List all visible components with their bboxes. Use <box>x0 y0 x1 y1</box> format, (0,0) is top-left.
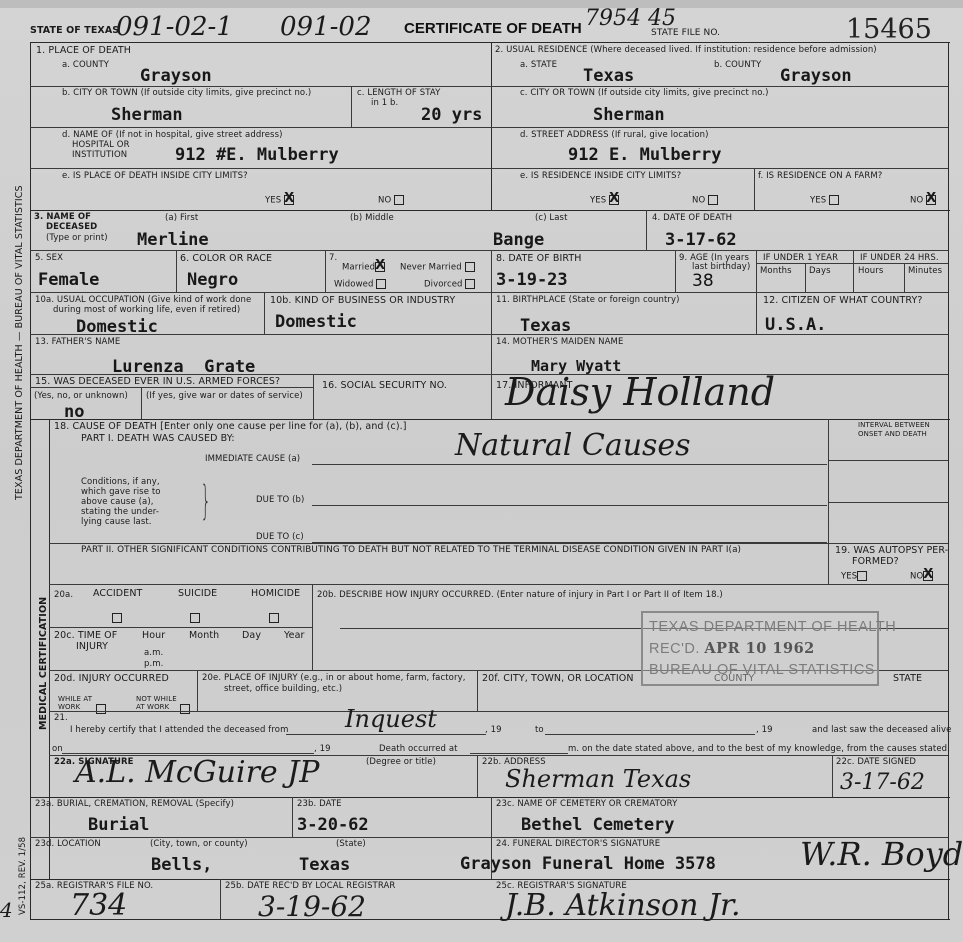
name-label-2: DECEASED <box>46 222 97 232</box>
citizen-label: 12. CITIZEN OF WHAT COUNTRY? <box>763 295 923 306</box>
res-city-label: c. CITY OR TOWN (If outside city limits,… <box>520 88 769 98</box>
cemetery-value: Bethel Cemetery <box>521 815 675 835</box>
director-label: 24. FUNERAL DIRECTOR'S SIGNATURE <box>496 839 660 849</box>
suicide-checkbox[interactable] <box>190 607 200 626</box>
interval-label-1: INTERVAL BETWEEN <box>858 421 930 429</box>
stay-value: 20 yrs <box>421 105 482 125</box>
accident-label: ACCIDENT <box>93 588 142 599</box>
armed-sub-2: (If yes, give war or dates of service) <box>146 391 303 401</box>
dod-label: 4. DATE OF DEATH <box>652 213 732 223</box>
certificate-title: CERTIFICATE OF DEATH <box>404 20 582 37</box>
farm-no-checkbox[interactable] <box>926 195 936 205</box>
res-county-label: b. COUNTY <box>714 60 761 70</box>
received-stamp: TEXAS DEPARTMENT OF HEALTH REC'D. APR 10… <box>641 611 879 686</box>
residence-label: 2. USUAL RESIDENCE (Where deceased lived… <box>495 45 877 55</box>
address-value: Sherman Texas <box>505 765 691 793</box>
margin-mark: 4 <box>0 898 13 922</box>
location-city-value: Bells, <box>151 855 212 875</box>
farm-no[interactable]: NO <box>910 195 936 206</box>
months-label: Months <box>760 266 792 276</box>
under-year-label: IF UNDER 1 YEAR <box>763 253 838 263</box>
cert-line2-d: m. on the date stated above, and to the … <box>568 744 950 754</box>
divider-1-2 <box>491 42 492 210</box>
cert-line1-d: , 19 <box>756 725 773 735</box>
divorced-checkbox[interactable] <box>465 279 475 289</box>
married-checkbox[interactable] <box>375 262 385 272</box>
autopsy-no-checkbox[interactable] <box>923 571 933 581</box>
occupation-label-2: during most of working life, even if ret… <box>53 305 240 315</box>
hospital-label-3: INSTITUTION <box>72 150 127 160</box>
name-label-3: (Type or print) <box>46 233 108 243</box>
marital-divorced[interactable]: Divorced <box>424 279 475 290</box>
accident-checkbox[interactable] <box>112 607 122 626</box>
while-at-work[interactable]: WHILE AT WORK <box>58 695 98 711</box>
res-street-label: d. STREET ADDRESS (If rural, give locati… <box>520 130 709 140</box>
farm-yes[interactable]: YES <box>810 195 839 206</box>
pod-inside-no-checkbox[interactable] <box>394 195 404 205</box>
res-inside-no[interactable]: NO <box>692 195 718 206</box>
res-state-value: Texas <box>583 66 634 86</box>
time-injury-label-2: INJURY <box>76 641 108 652</box>
minutes-label: Minutes <box>908 266 942 276</box>
date-signed-value: 3-17-62 <box>840 770 925 795</box>
cert-num: 21. <box>54 713 68 723</box>
part2-label: PART II. OTHER SIGNIFICANT CONDITIONS CO… <box>81 545 741 555</box>
month-label: Month <box>189 630 219 641</box>
year-label: Year <box>284 630 305 641</box>
location-state-sub: (State) <box>336 839 366 849</box>
conditions-text: Conditions, if any, which gave rise to a… <box>81 477 161 527</box>
business-value: Domestic <box>275 312 357 332</box>
dob-label: 8. DATE OF BIRTH <box>496 253 582 264</box>
days-label: Days <box>809 266 831 276</box>
degree-label: (Degree or title) <box>366 757 436 767</box>
burial-date-value: 3-20-62 <box>297 815 369 835</box>
res-state-label: a. STATE <box>520 60 557 70</box>
marital-never-married[interactable]: Never Married <box>400 262 475 273</box>
father-label: 13. FATHER'S NAME <box>35 337 120 347</box>
place-injury-label-1: 20e. PLACE OF INJURY (e.g., in or about … <box>202 673 466 683</box>
injury-20a-label: 20a. <box>54 590 73 600</box>
ssn-label: 16. SOCIAL SECURITY NO. <box>322 380 447 391</box>
location-label: 23d. LOCATION <box>35 839 101 849</box>
pod-inside-limits-label: e. IS PLACE OF DEATH INSIDE CITY LIMITS? <box>62 171 248 181</box>
pod-city-label: b. CITY OR TOWN (If outside city limits,… <box>62 88 311 98</box>
time-injury-label-1: 20c. TIME OF <box>54 630 117 641</box>
race-value: Negro <box>187 270 238 290</box>
interval-label-2: ONSET AND DEATH <box>858 430 927 438</box>
birthplace-value: Texas <box>520 316 571 336</box>
place-injury-label-2: street, office building, etc.) <box>224 684 342 694</box>
widowed-checkbox[interactable] <box>376 279 386 289</box>
birthplace-label: 11. BIRTHPLACE (State or foreign country… <box>496 295 680 305</box>
due-to-b-label: DUE TO (b) <box>256 495 304 505</box>
last-name-label: (c) Last <box>535 213 568 223</box>
business-label: 10b. KIND OF BUSINESS OR INDUSTRY <box>270 295 455 306</box>
armed-forces-label: 15. WAS DECEASED EVER IN U.S. ARMED FORC… <box>35 376 280 387</box>
sex-value: Female <box>38 270 99 290</box>
pod-inside-yes-checkbox[interactable] <box>284 195 294 205</box>
autopsy-label-1: 19. WAS AUTOPSY PER- <box>835 545 948 556</box>
stamp-line-2: REC'D. APR 10 1962 <box>649 638 871 660</box>
attended-from-value: Inquest <box>345 705 437 733</box>
marital-married[interactable]: Married <box>342 262 385 273</box>
autopsy-no[interactable]: NO <box>910 571 933 582</box>
state-file-number: 15465 <box>846 14 932 45</box>
at-work-checkbox[interactable] <box>96 698 106 717</box>
mother-label: 14. MOTHER'S MAIDEN NAME <box>496 337 623 347</box>
hours-label: Hours <box>858 266 883 276</box>
burial-method-label: 23a. BURIAL, CREMATION, REMOVAL (Specify… <box>35 799 234 809</box>
cemetery-label: 23c. NAME OF CEMETERY OR CREMATORY <box>496 799 677 809</box>
pod-inside-yes[interactable]: YES <box>265 195 294 206</box>
director-value: Grayson Funeral Home 3578 <box>460 854 716 874</box>
day-label: Day <box>242 630 261 641</box>
pod-county-label: a. COUNTY <box>62 60 109 70</box>
autopsy-yes[interactable]: YES <box>841 571 867 582</box>
injury-occurred-label: 20d. INJURY OCCURRED <box>54 673 169 684</box>
under-day-label: IF UNDER 24 HRS. <box>860 253 939 263</box>
cause-label: 18. CAUSE OF DEATH [Enter only one cause… <box>54 421 407 432</box>
state-file-label: STATE FILE NO. <box>651 28 720 38</box>
cert-line1-e: and last saw the deceased alive <box>812 725 951 735</box>
medical-certification-label: MEDICAL CERTIFICATION <box>38 597 49 730</box>
pod-city-value: Sherman <box>111 105 183 125</box>
hospital-value: 912 #E. Mulberry <box>175 145 339 165</box>
injury-state-label: STATE <box>893 673 922 684</box>
res-inside-yes[interactable]: YES <box>590 195 619 206</box>
immediate-cause-value: Natural Causes <box>455 428 691 463</box>
informant-signature: Daisy Holland <box>505 370 775 414</box>
burial-date-label: 23b. DATE <box>297 799 342 809</box>
death-certificate: STATE OF TEXAS 091-02-1 091-02 CERTIFICA… <box>0 0 963 942</box>
pm-label: p.m. <box>144 659 163 669</box>
sex-label: 5. SEX <box>35 253 63 263</box>
hospital-label-2: HOSPITAL OR <box>72 140 130 150</box>
first-name-label: (a) First <box>165 213 198 223</box>
registrar-file-value: 734 <box>70 888 127 923</box>
occupation-label-1: 10a. USUAL OCCUPATION (Give kind of work… <box>35 295 251 305</box>
state-label: STATE OF TEXAS <box>30 25 119 36</box>
registrar-date-value: 3-19-62 <box>258 890 366 923</box>
injury-city-label: 20f. CITY, TOWN, OR LOCATION <box>482 673 634 684</box>
physician-signature: A.L. McGuire JP <box>75 755 319 790</box>
last-name-value: Bange <box>493 230 544 250</box>
location-city-sub: (City, town, or county) <box>150 839 248 849</box>
farm-label: f. IS RESIDENCE ON A FARM? <box>758 171 882 181</box>
describe-injury-label: 20b. DESCRIBE HOW INJURY OCCURRED. (Ente… <box>317 590 723 600</box>
cert-line1-a: I hereby certify that I attended the dec… <box>70 725 288 735</box>
cert-line2-c: Death occurred at <box>379 744 458 754</box>
stay-sub-label: in 1 b. <box>371 98 398 108</box>
farm-yes-checkbox[interactable] <box>829 195 839 205</box>
autopsy-yes-checkbox[interactable] <box>857 571 867 581</box>
marital-widowed[interactable]: Widowed <box>334 279 386 290</box>
due-to-c-label: DUE TO (c) <box>256 532 304 542</box>
frame-top <box>30 42 950 43</box>
race-label: 6. COLOR OR RACE <box>180 253 272 264</box>
pod-inside-no[interactable]: NO <box>378 195 404 206</box>
frame-right <box>948 42 949 920</box>
age-value: 38 <box>692 271 714 291</box>
stay-label: c. LENGTH OF STAY <box>357 88 440 98</box>
immediate-cause-label: IMMEDIATE CAUSE (a) <box>205 454 300 464</box>
res-inside-no-checkbox[interactable] <box>708 195 718 205</box>
autopsy-label-2: FORMED? <box>852 556 899 567</box>
part1-label: PART I. DEATH WAS CAUSED BY: <box>81 433 235 444</box>
handwritten-code-1: 091-02-1 <box>116 12 233 42</box>
res-city-value: Sherman <box>593 105 665 125</box>
res-street-value: 912 E. Mulberry <box>568 145 722 165</box>
director-signature: W.R. Boyd <box>800 835 963 873</box>
first-name-value: Merline <box>137 230 209 250</box>
not-while-at-work[interactable]: NOT WHILE AT WORK <box>136 695 181 711</box>
registrar-signature: J.B. Atkinson Jr. <box>505 888 741 923</box>
stamp-line-1: TEXAS DEPARTMENT OF HEALTH <box>649 617 871 638</box>
homicide-label: HOMICIDE <box>251 588 300 599</box>
frame-left <box>30 42 31 920</box>
res-county-value: Grayson <box>780 66 852 86</box>
place-of-death-label: 1. PLACE OF DEATH <box>36 45 131 56</box>
stamp-line-3: BUREAU OF VITAL STATISTICS <box>649 660 871 681</box>
homicide-checkbox[interactable] <box>269 607 279 626</box>
middle-name-label: (b) Middle <box>350 213 394 223</box>
handwritten-code-2: 091-02 <box>280 12 372 42</box>
location-state-value: Texas <box>299 855 350 875</box>
suicide-label: SUICIDE <box>178 588 217 599</box>
marital-label: 7. <box>329 253 337 263</box>
cert-line2-b: , 19 <box>314 744 331 754</box>
cert-line1-b: , 19 <box>485 725 502 735</box>
vertical-department-title: TEXAS DEPARTMENT OF HEALTH — BUREAU OF V… <box>14 185 25 500</box>
pod-county-value: Grayson <box>140 66 212 86</box>
scan-edge <box>0 0 963 8</box>
date-signed-label: 22c. DATE SIGNED <box>836 757 916 767</box>
form-id: VS-112, REV. 1/58 <box>18 837 28 915</box>
citizen-value: U.S.A. <box>765 315 826 335</box>
am-label: a.m. <box>144 648 163 658</box>
not-at-work-checkbox[interactable] <box>180 698 190 717</box>
res-inside-limits-label: e. IS RESIDENCE INSIDE CITY LIMITS? <box>520 171 681 181</box>
never-married-checkbox[interactable] <box>465 262 475 272</box>
frame-bottom <box>30 919 950 920</box>
hour-label: Hour <box>142 630 165 641</box>
hospital-label-1: d. NAME OF (If not in hospital, give str… <box>62 130 283 140</box>
brace-icon: } <box>201 478 211 524</box>
burial-method-value: Burial <box>88 815 149 835</box>
res-inside-yes-checkbox[interactable] <box>609 195 619 205</box>
dob-value: 3-19-23 <box>496 270 568 290</box>
dod-value: 3-17-62 <box>665 230 737 250</box>
cert-line1-c: to <box>535 725 544 735</box>
name-label-1: 3. NAME OF <box>34 212 91 222</box>
armed-sub-1: (Yes, no, or unknown) <box>34 391 128 401</box>
